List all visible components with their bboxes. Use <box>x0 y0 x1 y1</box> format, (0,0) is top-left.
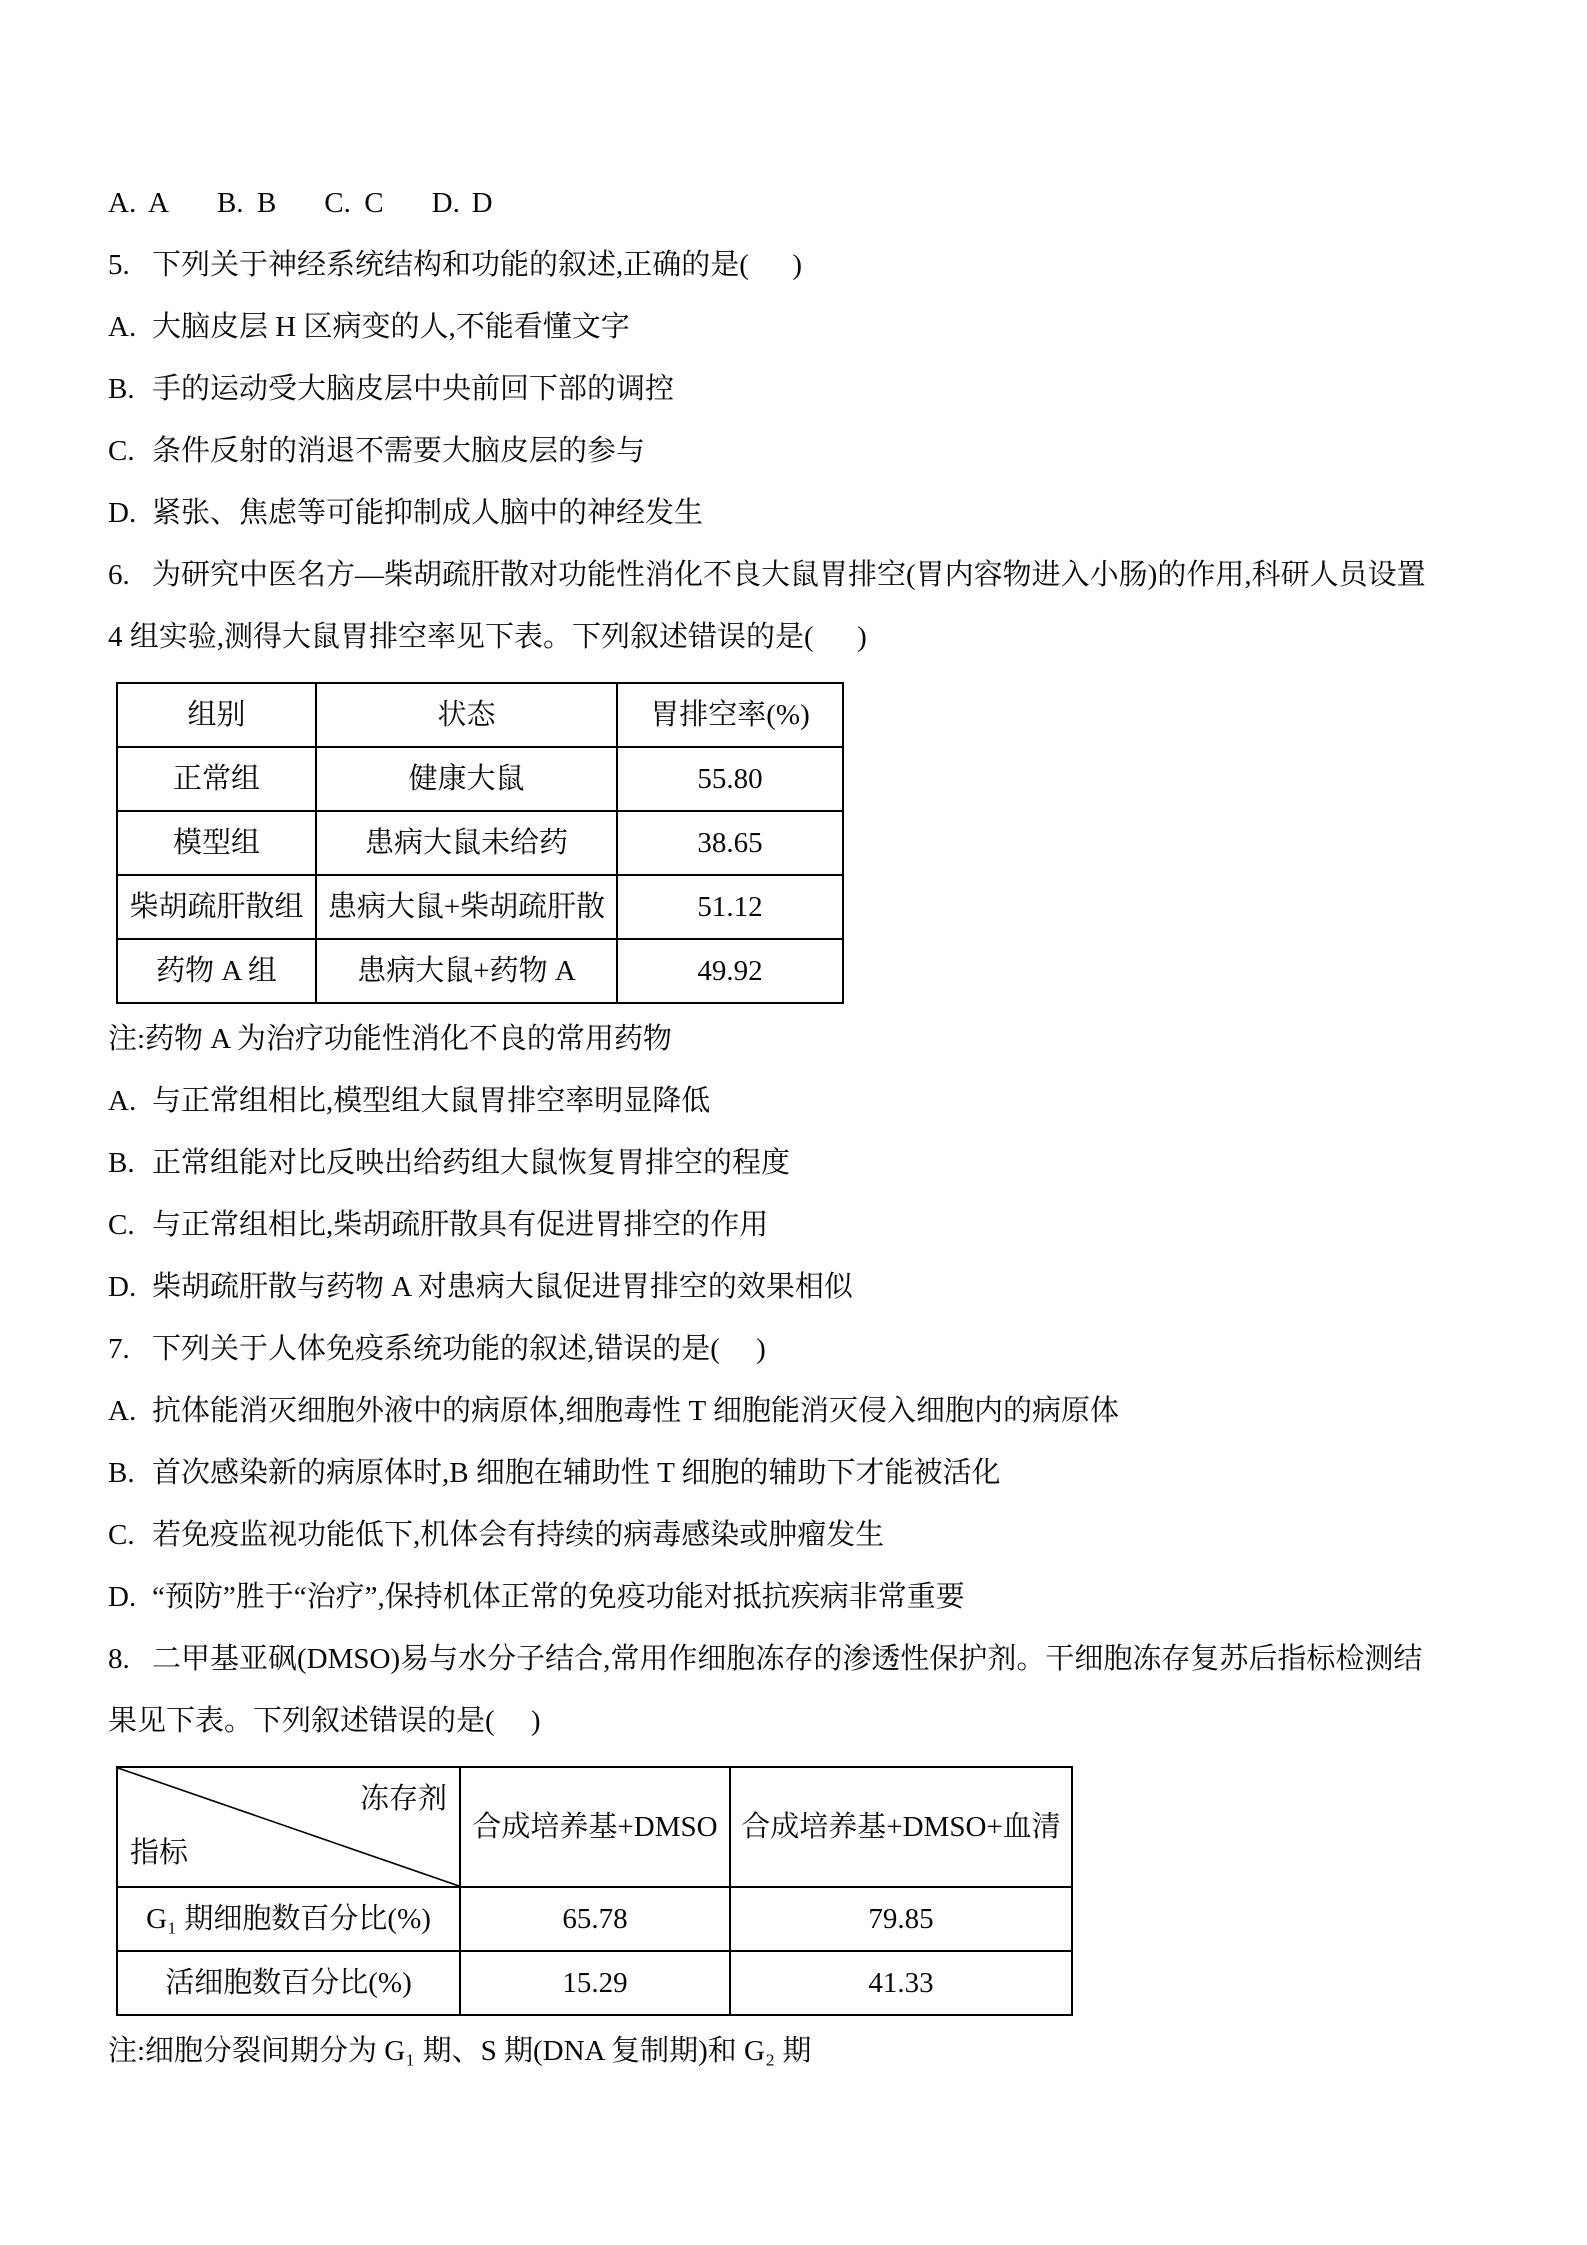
option-letter: A. <box>108 1394 152 1428</box>
header-group: 组别 <box>117 683 316 747</box>
exam-page: A.AB.BC.CD.D 5.下列关于神经系统结构和功能的叙述,正确的是( ) … <box>0 0 1587 2245</box>
cell-value: 79.85 <box>730 1887 1072 1951</box>
answer-choice-d: D.D <box>432 186 493 220</box>
answer-choice-c: C.C <box>324 186 383 220</box>
note-text: 注:细胞分裂间期分为 G₁ 期、S 期(DNA 复制期)和 G₂ 期 <box>108 2035 811 2067</box>
cell-state: 患病大鼠未给药 <box>316 811 617 875</box>
question-5: 5.下列关于神经系统结构和功能的叙述,正确的是( ) A.大脑皮层 H 区病变的… <box>108 248 1527 530</box>
cell-value: 15.29 <box>460 1951 730 2015</box>
table-row: G₁ 期细胞数百分比(%) 65.78 79.85 <box>117 1887 1072 1951</box>
table-row: 药物 A 组 患病大鼠+药物 A 49.92 <box>117 939 843 1003</box>
cell-indicator: G₁ 期细胞数百分比(%) <box>117 1887 460 1951</box>
question-6: 6.为研究中医名方—柴胡疏肝散对功能性消化不良大鼠胃排空(胃内容物进入小肠)的作… <box>108 558 1527 1304</box>
choice-letter: A. <box>108 186 148 220</box>
option-letter: C. <box>108 434 152 468</box>
question-8-stem-line1: 8.二甲基亚砜(DMSO)易与水分子结合,常用作细胞冻存的渗透性保护剂。干细胞冻… <box>108 1642 1527 1676</box>
cell-rate: 51.12 <box>617 875 843 939</box>
answer-choice-a: A.A <box>108 186 169 220</box>
option-letter: B. <box>108 1146 152 1180</box>
option-text: 手的运动受大脑皮层中央前回下部的调控 <box>152 373 674 405</box>
stem-text: 下列关于神经系统结构和功能的叙述,正确的是( ) <box>152 249 802 281</box>
cell-value: 41.33 <box>730 1951 1072 2015</box>
question-6-option-c: C.与正常组相比,柴胡疏肝散具有促进胃排空的作用 <box>108 1208 1527 1242</box>
question-number: 6. <box>108 558 152 592</box>
option-text: 紧张、焦虑等可能抑制成人脑中的神经发生 <box>152 497 703 529</box>
option-text: 柴胡疏肝散与药物 A 对患病大鼠促进胃排空的效果相似 <box>152 1271 853 1303</box>
choice-text: D <box>472 187 493 219</box>
choice-letter: D. <box>432 186 472 220</box>
question-7-option-d: D.“预防”胜于“治疗”,保持机体正常的免疫功能对抵抗疾病非常重要 <box>108 1580 1527 1614</box>
question-6-option-a: A.与正常组相比,模型组大鼠胃排空率明显降低 <box>108 1084 1527 1118</box>
table-row: 模型组 患病大鼠未给药 38.65 <box>117 811 843 875</box>
option-text: 条件反射的消退不需要大脑皮层的参与 <box>152 435 645 467</box>
question-6-stem-line1: 6.为研究中医名方—柴胡疏肝散对功能性消化不良大鼠胃排空(胃内容物进入小肠)的作… <box>108 558 1527 592</box>
option-text: 首次感染新的病原体时,B 细胞在辅助性 T 细胞的辅助下才能被活化 <box>152 1457 1001 1489</box>
cell-state: 患病大鼠+柴胡疏肝散 <box>316 875 617 939</box>
table-row: 柴胡疏肝散组 患病大鼠+柴胡疏肝散 51.12 <box>117 875 843 939</box>
cryopreservation-table: 冻存剂 指标 合成培养基+DMSO 合成培养基+DMSO+血清 G₁ 期细胞数百… <box>116 1766 1073 2016</box>
question-5-option-c: C.条件反射的消退不需要大脑皮层的参与 <box>108 434 1527 468</box>
option-text: “预防”胜于“治疗”,保持机体正常的免疫功能对抵抗疾病非常重要 <box>152 1581 965 1613</box>
answer-choices-row: A.AB.BC.CD.D <box>108 186 1527 220</box>
cell-group: 柴胡疏肝散组 <box>117 875 316 939</box>
diagonal-label-cryoprotectant: 冻存剂 <box>360 1782 447 1816</box>
cell-value: 65.78 <box>460 1887 730 1951</box>
gastric-emptying-table: 组别 状态 胃排空率(%) 正常组 健康大鼠 55.80 模型组 患病大鼠未给药… <box>116 682 844 1004</box>
option-letter: C. <box>108 1518 152 1552</box>
diagonal-header-cell: 冻存剂 指标 <box>117 1767 460 1887</box>
option-letter: B. <box>108 1456 152 1490</box>
question-5-stem: 5.下列关于神经系统结构和功能的叙述,正确的是( ) <box>108 248 1527 282</box>
question-6-note: 注:药物 A 为治疗功能性消化不良的常用药物 <box>108 1022 1527 1056</box>
option-text: 抗体能消灭细胞外液中的病原体,细胞毒性 T 细胞能消灭侵入细胞内的病原体 <box>152 1395 1119 1427</box>
diagonal-label-indicator: 指标 <box>130 1836 188 1870</box>
answer-choice-b: B.B <box>217 186 276 220</box>
question-8-note: 注:细胞分裂间期分为 G₁ 期、S 期(DNA 复制期)和 G₂ 期 <box>108 2034 1527 2068</box>
table-row: 正常组 健康大鼠 55.80 <box>117 747 843 811</box>
question-7: 7.下列关于人体免疫系统功能的叙述,错误的是( ) A.抗体能消灭细胞外液中的病… <box>108 1332 1527 1614</box>
choice-text: C <box>364 187 383 219</box>
table-header-row: 冻存剂 指标 合成培养基+DMSO 合成培养基+DMSO+血清 <box>117 1767 1072 1887</box>
option-letter: D. <box>108 1270 152 1304</box>
header-state: 状态 <box>316 683 617 747</box>
table-row: 活细胞数百分比(%) 15.29 41.33 <box>117 1951 1072 2015</box>
cell-group: 正常组 <box>117 747 316 811</box>
option-letter: B. <box>108 372 152 406</box>
header-rate: 胃排空率(%) <box>617 683 843 747</box>
question-8: 8.二甲基亚砜(DMSO)易与水分子结合,常用作细胞冻存的渗透性保护剂。干细胞冻… <box>108 1642 1527 2068</box>
question-5-option-b: B.手的运动受大脑皮层中央前回下部的调控 <box>108 372 1527 406</box>
option-letter: D. <box>108 496 152 530</box>
option-text: 大脑皮层 H 区病变的人,不能看懂文字 <box>152 311 630 343</box>
option-text: 若免疫监视功能低下,机体会有持续的病毒感染或肿瘤发生 <box>152 1519 884 1551</box>
cell-group: 药物 A 组 <box>117 939 316 1003</box>
question-number: 8. <box>108 1642 152 1676</box>
question-7-option-b: B.首次感染新的病原体时,B 细胞在辅助性 T 细胞的辅助下才能被活化 <box>108 1456 1527 1490</box>
question-number: 7. <box>108 1332 152 1366</box>
question-7-option-c: C.若免疫监视功能低下,机体会有持续的病毒感染或肿瘤发生 <box>108 1518 1527 1552</box>
choice-letter: B. <box>217 186 257 220</box>
option-letter: A. <box>108 1084 152 1118</box>
question-number: 5. <box>108 248 152 282</box>
choice-letter: C. <box>324 186 364 220</box>
stem-text: 为研究中医名方—柴胡疏肝散对功能性消化不良大鼠胃排空(胃内容物进入小肠)的作用,… <box>152 559 1426 591</box>
option-letter: D. <box>108 1580 152 1614</box>
stem-text: 下列关于人体免疫系统功能的叙述,错误的是( ) <box>152 1333 766 1365</box>
cell-state: 健康大鼠 <box>316 747 617 811</box>
question-6-stem-line2: 4 组实验,测得大鼠胃排空率见下表。下列叙述错误的是( ) <box>108 620 1527 654</box>
option-text: 与正常组相比,柴胡疏肝散具有促进胃排空的作用 <box>152 1209 768 1241</box>
cell-rate: 49.92 <box>617 939 843 1003</box>
stem-text: 4 组实验,测得大鼠胃排空率见下表。下列叙述错误的是( ) <box>108 621 867 653</box>
header-medium-dmso: 合成培养基+DMSO <box>460 1767 730 1887</box>
question-7-option-a: A.抗体能消灭细胞外液中的病原体,细胞毒性 T 细胞能消灭侵入细胞内的病原体 <box>108 1394 1527 1428</box>
cell-rate: 55.80 <box>617 747 843 811</box>
question-5-option-d: D.紧张、焦虑等可能抑制成人脑中的神经发生 <box>108 496 1527 530</box>
choice-text: B <box>257 187 276 219</box>
question-6-option-d: D.柴胡疏肝散与药物 A 对患病大鼠促进胃排空的效果相似 <box>108 1270 1527 1304</box>
stem-text: 二甲基亚砜(DMSO)易与水分子结合,常用作细胞冻存的渗透性保护剂。干细胞冻存复… <box>152 1643 1422 1675</box>
table-header-row: 组别 状态 胃排空率(%) <box>117 683 843 747</box>
question-7-stem: 7.下列关于人体免疫系统功能的叙述,错误的是( ) <box>108 1332 1527 1366</box>
option-letter: A. <box>108 310 152 344</box>
note-text: 注:药物 A 为治疗功能性消化不良的常用药物 <box>108 1023 672 1055</box>
option-text: 正常组能对比反映出给药组大鼠恢复胃排空的程度 <box>152 1147 790 1179</box>
cell-rate: 38.65 <box>617 811 843 875</box>
stem-text: 果见下表。下列叙述错误的是( ) <box>108 1705 541 1737</box>
cell-group: 模型组 <box>117 811 316 875</box>
cell-state: 患病大鼠+药物 A <box>316 939 617 1003</box>
option-letter: C. <box>108 1208 152 1242</box>
cell-indicator: 活细胞数百分比(%) <box>117 1951 460 2015</box>
question-8-stem-line2: 果见下表。下列叙述错误的是( ) <box>108 1704 1527 1738</box>
question-5-option-a: A.大脑皮层 H 区病变的人,不能看懂文字 <box>108 310 1527 344</box>
question-6-option-b: B.正常组能对比反映出给药组大鼠恢复胃排空的程度 <box>108 1146 1527 1180</box>
header-medium-dmso-serum: 合成培养基+DMSO+血清 <box>730 1767 1072 1887</box>
choice-text: A <box>148 187 169 219</box>
option-text: 与正常组相比,模型组大鼠胃排空率明显降低 <box>152 1085 710 1117</box>
